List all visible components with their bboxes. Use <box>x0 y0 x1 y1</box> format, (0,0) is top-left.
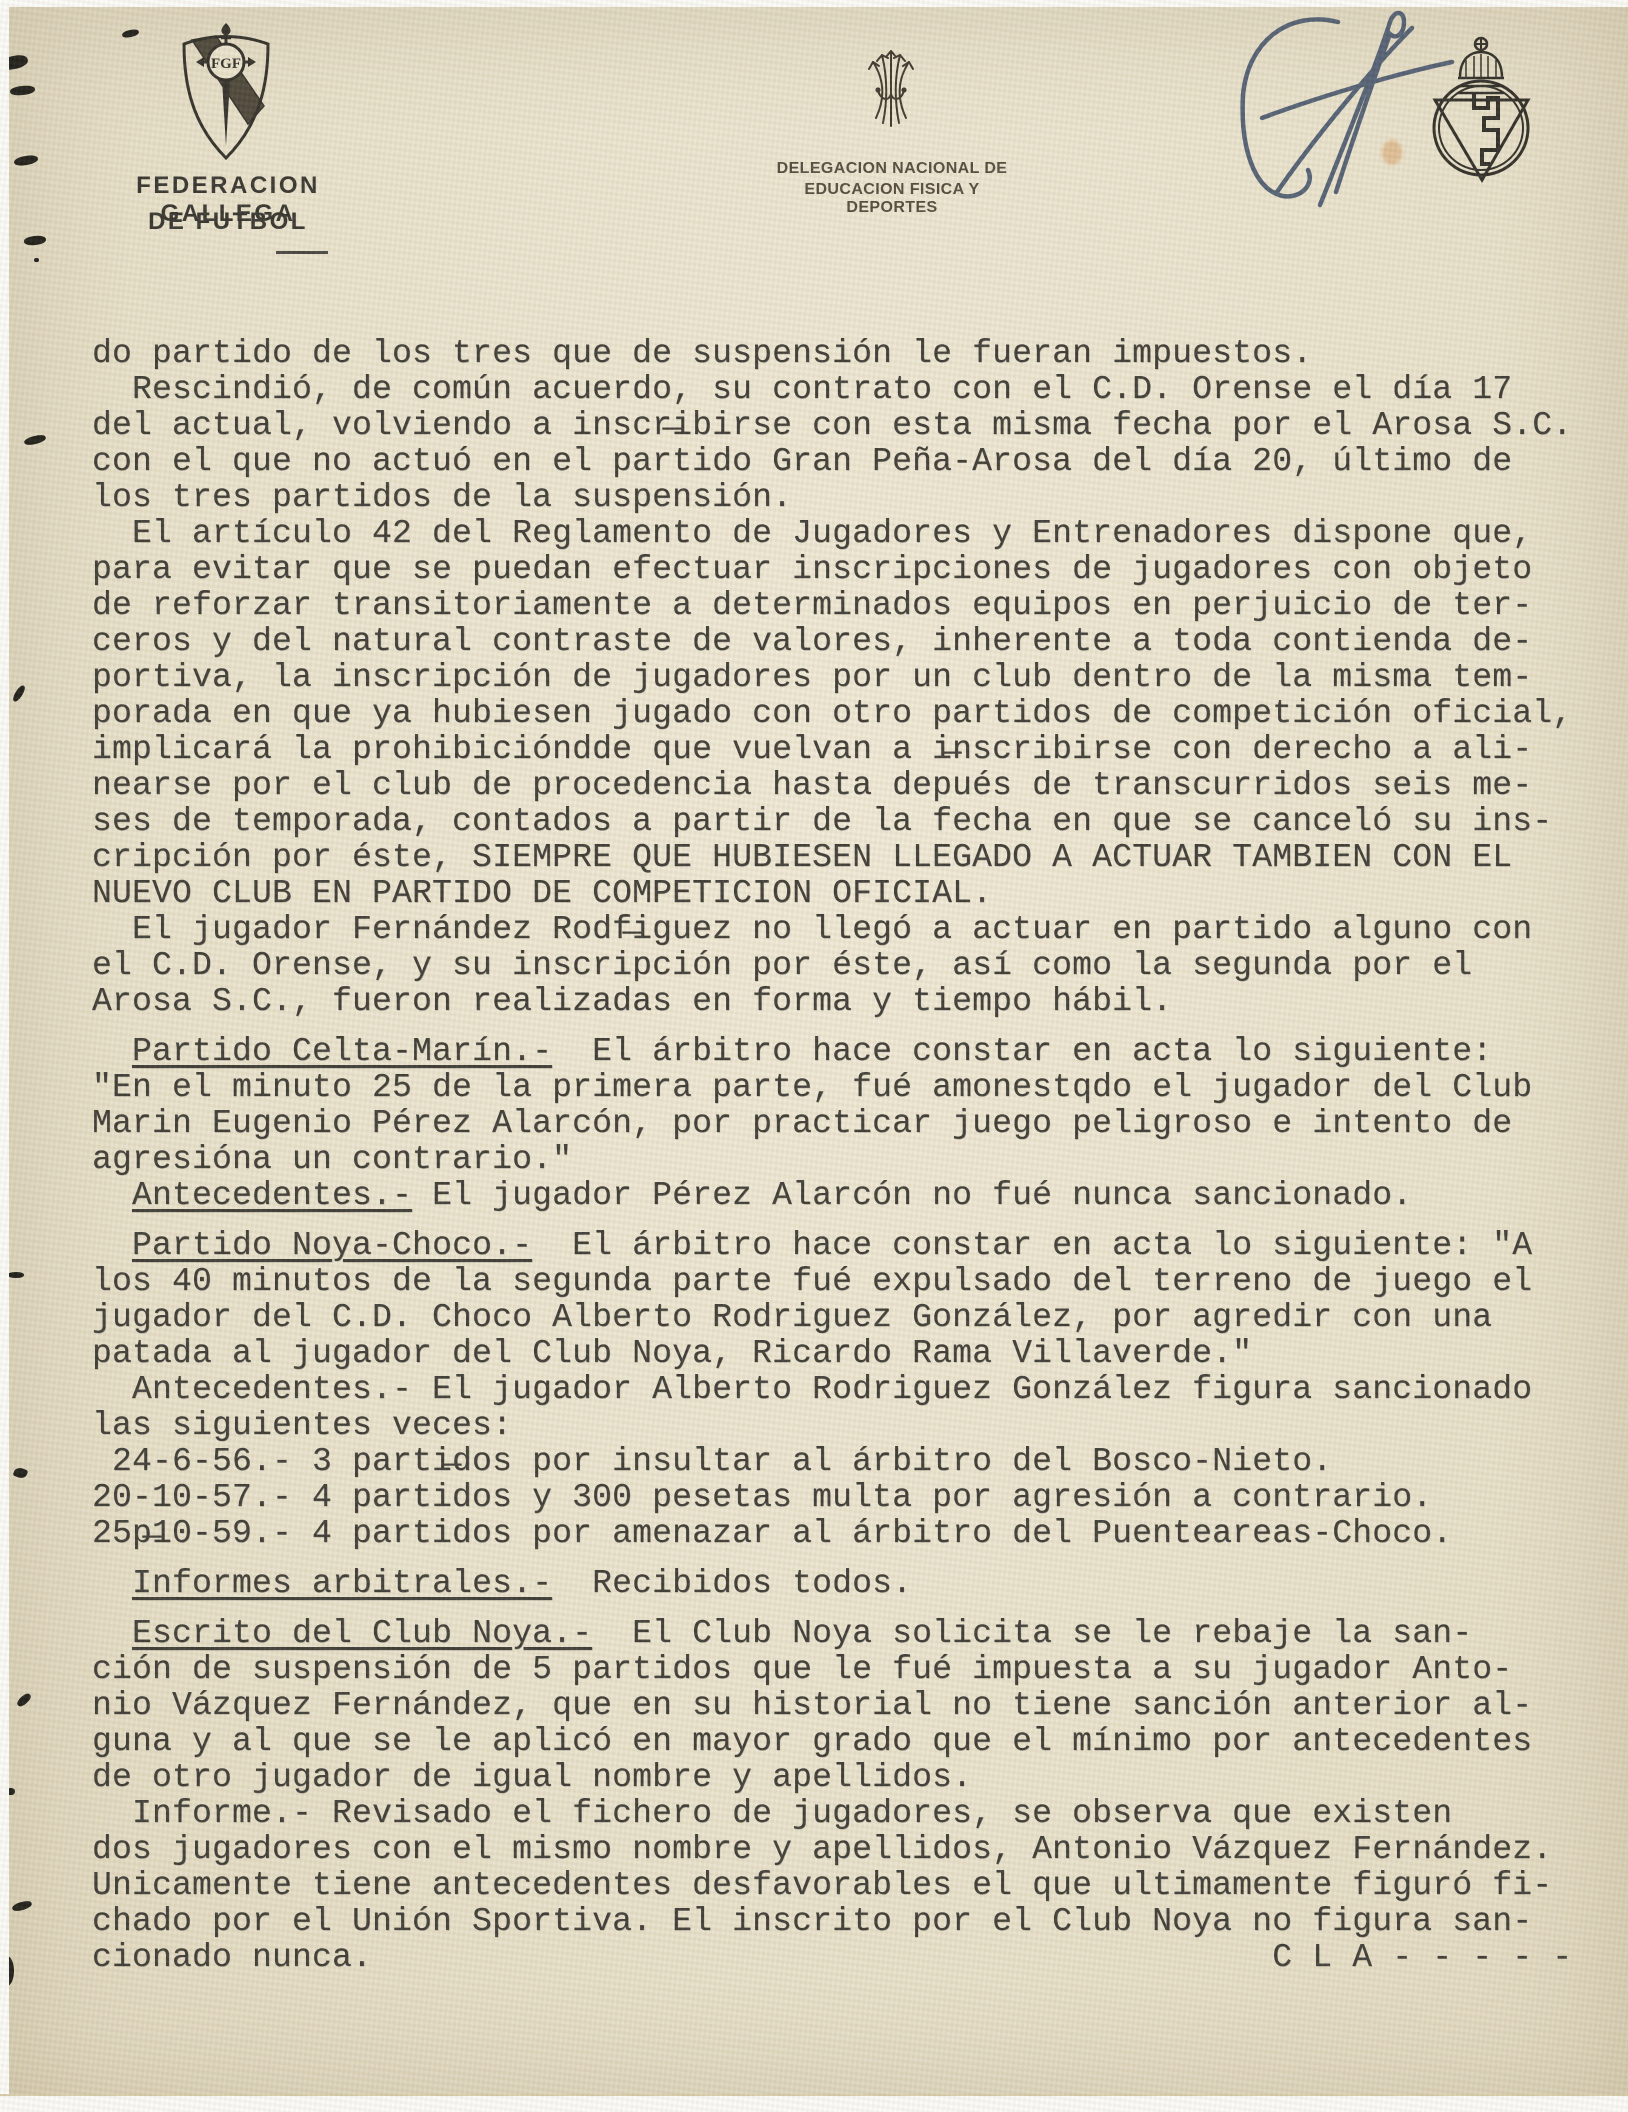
delegation-line1: DELEGACION NACIONAL DE <box>763 160 1021 178</box>
staple-mark <box>13 1466 29 1480</box>
document-line: Informe.- Revisado el fichero de jugador… <box>92 1796 1612 1832</box>
document-line: para evitar que se puedan efectuar inscr… <box>92 552 1612 588</box>
rfef-crest-icon <box>1428 28 1538 188</box>
document-line: de reforzar transitoriamente a determina… <box>92 588 1612 624</box>
document-line: con el que no actuó en el partido Gran P… <box>92 444 1612 480</box>
fgf-shield-icon: FGF <box>176 22 276 164</box>
document-line: nio Vázquez Fernández, que en su histori… <box>92 1688 1612 1724</box>
document-line: Partido Noya-Choco.- El árbitro hace con… <box>92 1228 1612 1264</box>
staple-mark <box>34 258 39 262</box>
document-line: Informes arbitrales.- Recibidos todos. <box>92 1566 1612 1602</box>
document-line: chado por el Unión Sportiva. El inscrito… <box>92 1904 1612 1940</box>
document-line: 20-10-57.- 4 partidos y 300 pesetas mult… <box>92 1480 1612 1516</box>
document-line: 25p̶10-59.- 4 partidos por amenazar al á… <box>92 1516 1612 1552</box>
scanned-document-page: FEDERACION GALLEGA DE FUTBOL FGF <box>0 0 1628 2112</box>
document-line: portiva, la inscripción de jugadores por… <box>92 660 1612 696</box>
document-line: Antecedentes.- El jugador Pérez Alarcón … <box>92 1178 1612 1214</box>
staple-mark <box>24 235 47 246</box>
staple-mark <box>8 1272 24 1278</box>
document-line: las siguientes veces: <box>92 1408 1612 1444</box>
typewritten-body: do partido de los tres que de suspensión… <box>92 336 1612 1976</box>
scan-edge-top <box>0 0 1628 7</box>
document-line: Rescindió, de común acuerdo, su contrato… <box>92 372 1612 408</box>
document-line: los tres partidos de la suspensión. <box>92 480 1612 516</box>
scan-edge-left <box>0 0 9 2112</box>
document-line: El jugador Fernández Rodf̶iguez no llegó… <box>92 912 1612 948</box>
fgf-monogram: FGF <box>211 56 241 72</box>
document-line: Partido Celta-Marín.- El árbitro hace co… <box>92 1034 1612 1070</box>
document-line: del actual, volviendo a inscr̶ibirse con… <box>92 408 1612 444</box>
document-line: dos jugadores con el mismo nombre y apel… <box>92 1832 1612 1868</box>
document-line: nearse por el club de procedencia hasta … <box>92 768 1612 804</box>
document-line: Antecedentes.- El jugador Alberto Rodrig… <box>92 1372 1612 1408</box>
document-line: cripción por éste, SIEMPRE QUE HUBIESEN … <box>92 840 1612 876</box>
document-line: 24-6-56.- 3 parti̶dos por insultar al ár… <box>92 1444 1612 1480</box>
document-line: jugador del C.D. Choco Alberto Rodriguez… <box>92 1300 1612 1336</box>
document-line: "En el minuto 25 de la primera parte, fu… <box>92 1070 1612 1106</box>
staple-mark <box>15 1692 32 1709</box>
document-line: implicará la prohibicióndde que vuelvan … <box>92 732 1612 768</box>
staple-mark <box>10 85 36 97</box>
falange-yoke-arrows-icon <box>868 48 914 130</box>
delegation-line2: EDUCACION FISICA Y DEPORTES <box>763 181 1021 217</box>
federation-name-line2: DE FUTBOL <box>78 208 378 236</box>
underlined-heading: Partido Celta-Marín.- <box>132 1033 552 1070</box>
document-line: los 40 minutos de la segunda parte fué e… <box>92 1264 1612 1300</box>
document-line: Arosa S.C., fueron realizadas en forma y… <box>92 984 1612 1020</box>
underlined-heading: Informes arbitrales.- <box>132 1565 552 1602</box>
ink-stain <box>1382 140 1402 165</box>
document-line: patada al jugador del Club Noya, Ricardo… <box>92 1336 1612 1372</box>
federation-rule <box>276 251 328 254</box>
staple-mark <box>23 433 46 446</box>
underlined-heading: Antecedentes.- <box>132 1177 412 1214</box>
document-line: El artículo 42 del Reglamento de Jugador… <box>92 516 1612 552</box>
document-line: agresióna un contrario." <box>92 1142 1612 1178</box>
document-line: ceros y del natural contraste de valores… <box>92 624 1612 660</box>
document-line: de otro jugador de igual nombre y apelli… <box>92 1760 1612 1796</box>
document-line: Marin Eugenio Pérez Alarcón, por practic… <box>92 1106 1612 1142</box>
document-line: Escrito del Club Noya.- El Club Noya sol… <box>92 1616 1612 1652</box>
document-line: Unicamente tiene antecedentes desfavorab… <box>92 1868 1612 1904</box>
scan-edge-bottom <box>0 2094 1628 2112</box>
staple-mark <box>11 1899 32 1912</box>
document-line: NUEVO CLUB EN PARTIDO DE COMPETICION OFI… <box>92 876 1612 912</box>
document-line: ción de suspensión de 5 partidos que le … <box>92 1652 1612 1688</box>
staple-mark <box>11 684 26 703</box>
document-line: cionado nunca. C L A - - - - - <box>92 1940 1612 1976</box>
staple-mark <box>121 28 139 38</box>
document-line: do partido de los tres que de suspensión… <box>92 336 1612 372</box>
underlined-heading: Escrito del Club Noya.- <box>132 1615 592 1652</box>
document-line: el C.D. Orense, y su inscripción por ést… <box>92 948 1612 984</box>
document-line: ses de temporada, contados a partir de l… <box>92 804 1612 840</box>
document-line: porada en que ya hubiesen jugado con otr… <box>92 696 1612 732</box>
staple-mark <box>13 154 38 167</box>
document-line: guna y al que se le aplicó en mayor grad… <box>92 1724 1612 1760</box>
underlined-heading: Partido Noya-Choco.- <box>132 1227 532 1264</box>
